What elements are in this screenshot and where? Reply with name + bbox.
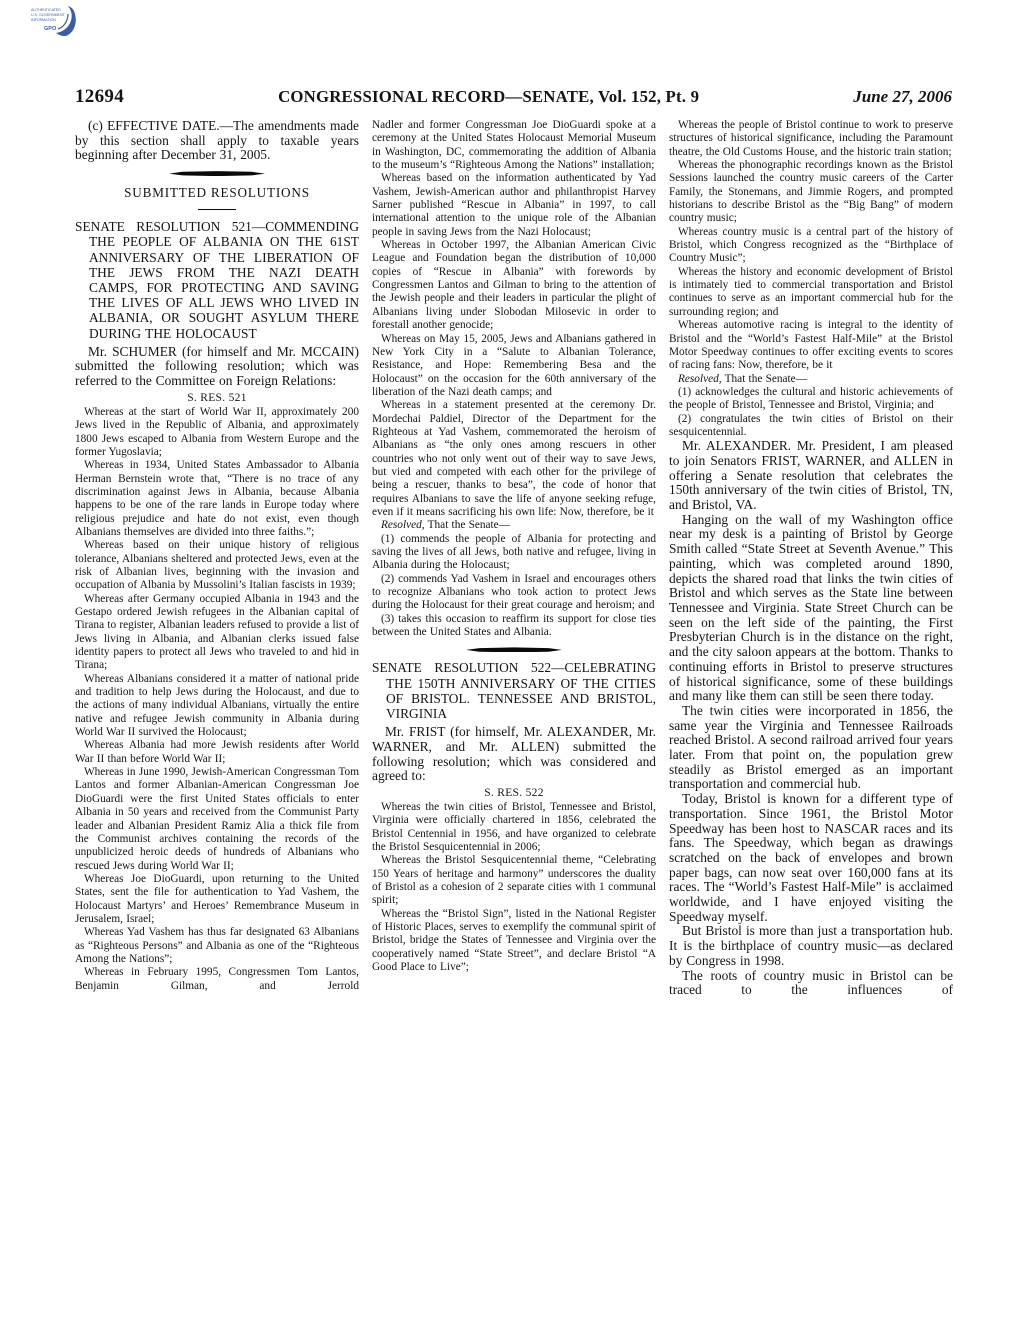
section-divider <box>466 647 562 652</box>
whereas-clause: Whereas in 1934, United States Ambassado… <box>75 459 359 539</box>
resolution-item: (1) acknowledges the cultural and histor… <box>669 386 953 413</box>
whereas-clause: Whereas on May 15, 2005, Jews and Albani… <box>372 333 656 400</box>
whereas-clause: Whereas in October 1997, the Albanian Am… <box>372 239 656 332</box>
whereas-clause: Whereas the people of Bristol continue t… <box>669 119 953 159</box>
resolution-item: (2) congratulates the twin cities of Bri… <box>669 413 953 440</box>
running-head: 12694 CONGRESSIONAL RECORD—SENATE, Vol. … <box>75 86 952 108</box>
resolution-item: (2) commends Yad Vashem in Israel and en… <box>372 573 656 613</box>
resolved-clause: Resolved, That the Senate— <box>669 373 953 386</box>
whereas-clause: Whereas the history and economic develop… <box>669 266 953 319</box>
gpo-logo-graphic: AUTHENTICATED U.S. GOVERNMENT INFORMATIO… <box>30 5 86 43</box>
whereas-clause-continued: Nadler and former Congressman Joe DioGua… <box>372 119 656 172</box>
whereas-clause: Whereas based on the information authent… <box>372 172 656 239</box>
congressional-record-page: AUTHENTICATED U.S. GOVERNMENT INFORMATIO… <box>0 0 1020 1320</box>
short-rule <box>198 209 236 210</box>
whereas-clause: Whereas in June 1990, Jewish-American Co… <box>75 766 359 873</box>
speech-paragraph: Hanging on the wall of my Washington off… <box>669 513 953 704</box>
sres-number: S. RES. 522 <box>372 787 656 799</box>
whereas-clause: Whereas the twin cities of Bristol, Tenn… <box>372 801 656 854</box>
whereas-clause: Whereas Joe DioGuardi, upon returning to… <box>75 873 359 926</box>
sres-number: S. RES. 521 <box>75 392 359 404</box>
record-title: CONGRESSIONAL RECORD—SENATE, Vol. 152, P… <box>278 87 699 107</box>
whereas-clause: Whereas the Bristol Sesquicentennial the… <box>372 854 656 907</box>
speech-paragraph: The roots of country music in Bristol ca… <box>669 969 953 998</box>
whereas-clause: Whereas automotive racing is integral to… <box>669 319 953 372</box>
whereas-clause: Whereas country music is a central part … <box>669 226 953 266</box>
speech-paragraph: Today, Bristol is known for a different … <box>669 792 953 924</box>
whereas-clause: Whereas at the start of World War II, ap… <box>75 406 359 459</box>
resolution-item: (1) commends the people of Albania for p… <box>372 533 656 573</box>
resolution-522-heading: SENATE RESOLUTION 522—CELEBRATING THE 15… <box>372 660 656 721</box>
gpo-logo-gpo-text: GPO <box>44 26 57 32</box>
column-3: Whereas the people of Bristol continue t… <box>669 119 953 998</box>
effective-date-paragraph: (c) EFFECTIVE DATE.—The amendments made … <box>75 119 359 163</box>
whereas-clause: Whereas in a statement presented at the … <box>372 399 656 519</box>
whereas-clause: Whereas the “Bristol Sign”, listed in th… <box>372 908 656 975</box>
page-number: 12694 <box>75 86 124 108</box>
column-1: (c) EFFECTIVE DATE.—The amendments made … <box>75 119 359 998</box>
whereas-clause: Whereas Yad Vashem has thus far designat… <box>75 926 359 966</box>
record-date: June 27, 2006 <box>853 87 952 107</box>
speech-paragraph: But Bristol is more than just a transpor… <box>669 924 953 968</box>
whereas-clause: Whereas the phonographic recordings know… <box>669 159 953 226</box>
submitted-resolutions-heading: SUBMITTED RESOLUTIONS <box>75 185 359 201</box>
speech-paragraph: The twin cities were incorporated in 185… <box>669 704 953 792</box>
section-divider <box>169 171 265 176</box>
whereas-clause: Whereas after Germany occupied Albania i… <box>75 593 359 673</box>
column-2: Nadler and former Congressman Joe DioGua… <box>372 119 656 998</box>
gpo-logo-line2: U.S. GOVERNMENT <box>31 13 66 17</box>
resolved-clause: Resolved, That the Senate— <box>372 519 656 532</box>
whereas-clause: Whereas Albania had more Jewish resident… <box>75 739 359 766</box>
whereas-clause: Whereas in February 1995, Congressmen To… <box>75 966 359 993</box>
resolution-item: (3) takes this occasion to reaffirm its … <box>372 613 656 640</box>
whereas-clause: Whereas Albanians considered it a matter… <box>75 673 359 740</box>
speech-paragraph: Mr. ALEXANDER. Mr. President, I am pleas… <box>669 439 953 513</box>
submission-paragraph: Mr. FRIST (for himself, Mr. ALEXANDER, M… <box>372 725 656 784</box>
submission-paragraph: Mr. SCHUMER (for himself and Mr. MCCAIN)… <box>75 345 359 389</box>
whereas-clause: Whereas based on their unique history of… <box>75 539 359 592</box>
resolution-521-heading: SENATE RESOLUTION 521—COMMENDING THE PEO… <box>75 219 359 341</box>
gpo-logo-line1: AUTHENTICATED <box>31 8 61 12</box>
gpo-logo-line3: INFORMATION <box>31 18 56 22</box>
gpo-authenticated-logo: AUTHENTICATED U.S. GOVERNMENT INFORMATIO… <box>30 5 86 43</box>
text-columns: (c) EFFECTIVE DATE.—The amendments made … <box>75 119 953 998</box>
